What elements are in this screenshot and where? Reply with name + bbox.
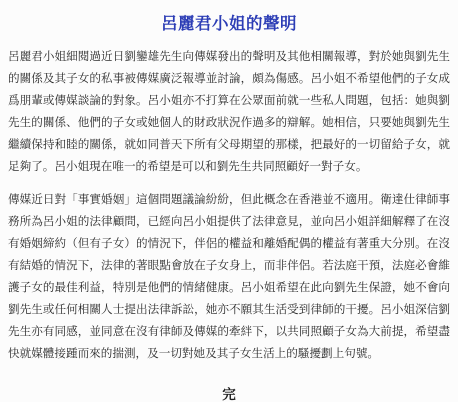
statement-paragraph-2: 傳媒近日對「事實婚姻」這個問題議論紛紛，但此概念在香港並不適用。衛達仕律師事務所…	[8, 189, 450, 365]
document-title: 呂麗君小姐的聲明	[8, 10, 450, 34]
statement-document: 呂麗君小姐的聲明 呂麗君小姐細閱過近日劉鑾雄先生向傳媒發出的聲明及其他相關報導，…	[0, 0, 458, 402]
end-mark: 完	[8, 383, 450, 402]
statement-paragraph-1: 呂麗君小姐細閱過近日劉鑾雄先生向傳媒發出的聲明及其他相關報導，對於她與劉先生的關…	[8, 46, 450, 178]
